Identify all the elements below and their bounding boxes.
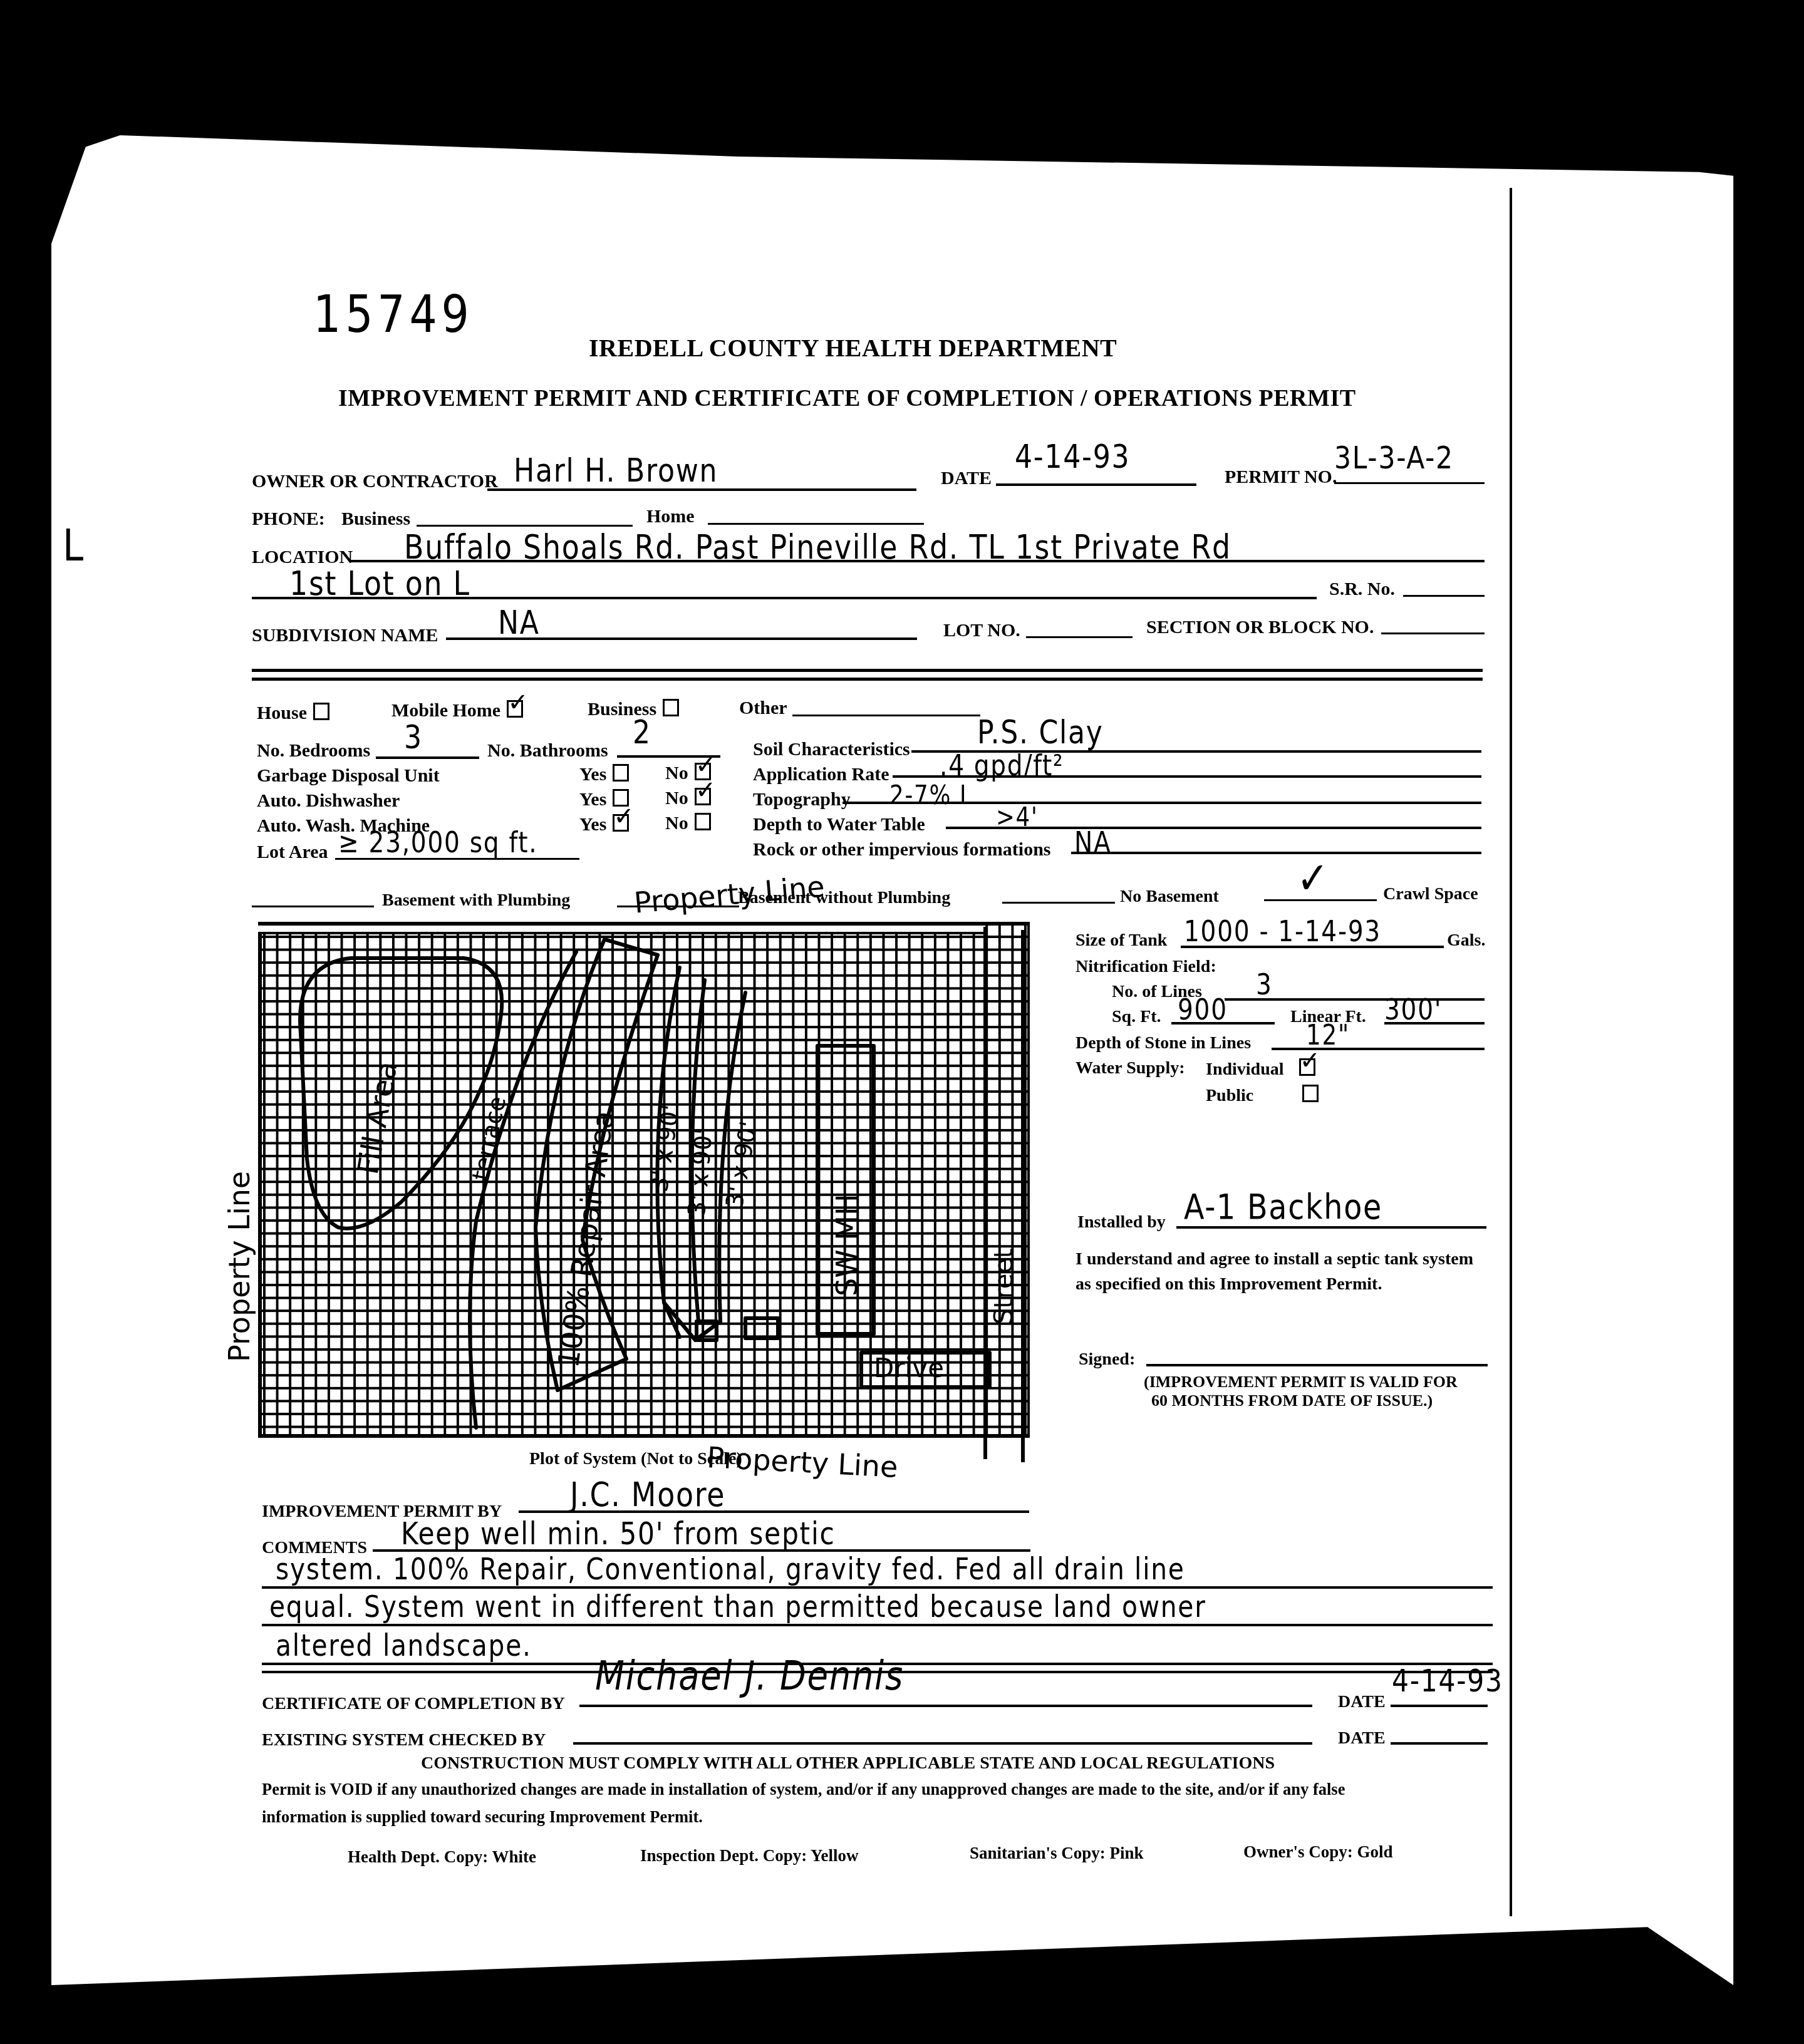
rock-field[interactable]: NA — [1074, 825, 1111, 859]
type-other-field[interactable] — [792, 715, 980, 716]
right-margin-rule — [1510, 188, 1512, 1916]
permit-no-field[interactable]: 3L-3-A-2 — [1334, 440, 1454, 476]
installer-agreement-line-2: as specified on this Improvement Permit. — [1076, 1274, 1382, 1294]
type-other-label: Other — [739, 698, 787, 719]
type-mobile-home[interactable]: Mobile Home — [391, 700, 523, 721]
water-table-label: Depth to Water Table — [753, 814, 925, 835]
installed-by-field[interactable]: A-1 Backhoe — [1184, 1187, 1382, 1227]
phone-home-label: Home — [646, 506, 695, 527]
rock-line — [1071, 852, 1481, 854]
date-field-line — [996, 483, 1196, 486]
certificate-line — [579, 1705, 1312, 1707]
basement-plumbing-label: Basement with Plumbing — [382, 890, 570, 911]
water-public[interactable]: Public — [1206, 1085, 1319, 1106]
lot-area-label: Lot Area — [257, 842, 328, 863]
stone-depth-label: Depth of Stone in Lines — [1076, 1033, 1251, 1053]
compliance-notice: CONSTRUCTION MUST COMPLY WITH ALL OTHER … — [421, 1753, 1275, 1773]
installed-by-label: Installed by — [1077, 1212, 1166, 1232]
date-label: DATE — [941, 468, 992, 489]
section-divider-2 — [252, 678, 1483, 681]
tank-size-label: Size of Tank — [1076, 931, 1167, 951]
plot-caption: Plot of System (Not to Scale) — [529, 1449, 742, 1469]
section-field[interactable] — [1381, 632, 1485, 634]
type-mobile-home-label: Mobile Home — [391, 700, 500, 721]
type-business-checkbox[interactable] — [663, 699, 679, 716]
water-individual[interactable]: Individual — [1206, 1058, 1315, 1080]
existing-date-field[interactable] — [1391, 1742, 1488, 1745]
plot-label-mobile-home: SW MH — [830, 1194, 864, 1296]
type-house-label: House — [257, 703, 307, 723]
validity-line-2: 60 MONTHS FROM DATE OF ISSUE.) — [1151, 1391, 1433, 1410]
copy-health-dept: Health Dept. Copy: White — [348, 1847, 536, 1867]
page-edge-rule — [1744, 56, 1746, 1923]
existing-date-label: DATE — [1338, 1728, 1386, 1748]
signed-field[interactable] — [1146, 1364, 1488, 1366]
soil-label: Soil Characteristics — [753, 739, 910, 760]
existing-system-label: EXISTING SYSTEM CHECKED BY — [262, 1730, 546, 1750]
topography-label: Topography — [753, 789, 851, 810]
appliance-washer-no[interactable]: No — [665, 813, 711, 834]
lot-area-field[interactable]: ≥ 23,000 sq ft. — [338, 825, 537, 859]
water-public-label: Public — [1206, 1086, 1253, 1105]
phone-home-field[interactable] — [708, 523, 924, 525]
phone-business-field[interactable] — [417, 525, 633, 527]
type-mobile-home-checkbox[interactable] — [507, 700, 523, 718]
rock-label: Rock or other impervious formations — [753, 839, 1051, 860]
comments-text-3[interactable]: equal. System went in different than per… — [269, 1589, 1206, 1624]
street-line-right — [1021, 930, 1025, 1462]
subdivision-label: SUBDIVISION NAME — [252, 625, 438, 646]
yes-label: Yes — [579, 789, 606, 810]
water-individual-checkbox[interactable] — [1299, 1058, 1315, 1076]
app-rate-field[interactable]: .4 gpd/ft² — [940, 748, 1064, 782]
appliance-garbage-label: Garbage Disposal Unit — [257, 765, 440, 787]
no-label: No — [665, 788, 688, 808]
crawl-space-check: ✓ — [1297, 852, 1330, 904]
plot-label-property-line-left: Property Line — [222, 1171, 256, 1362]
type-house[interactable]: House — [257, 703, 329, 724]
sqft-label: Sq. Ft. — [1112, 1007, 1161, 1027]
water-table-field[interactable]: >4' — [996, 802, 1039, 832]
garbage-yes-checkbox[interactable] — [613, 764, 629, 782]
signed-label: Signed: — [1079, 1350, 1135, 1370]
yes-label: Yes — [579, 814, 606, 835]
tank-size-field[interactable]: 1000 - 1-14-93 — [1184, 914, 1381, 948]
certificate-date-field[interactable]: 4-14-93 — [1392, 1663, 1503, 1699]
lot-no-label: LOT NO. — [943, 620, 1020, 641]
phone-business-label: Business — [341, 508, 410, 530]
margin-mark: L — [63, 520, 85, 571]
date-field[interactable]: 4-14-93 — [1015, 438, 1130, 476]
location-field-line1[interactable]: Buffalo Shoals Rd. Past Pineville Rd. TL… — [404, 527, 1231, 567]
copy-sanitarian: Sanitarian's Copy: Pink — [970, 1844, 1144, 1863]
linear-ft-field[interactable]: 300' — [1384, 993, 1442, 1026]
sr-no-field[interactable] — [1403, 595, 1485, 597]
topography-field[interactable]: 2-7% L — [889, 780, 973, 810]
appliance-dishwasher-label: Auto. Dishwasher — [257, 790, 400, 812]
copy-inspection-dept: Inspection Dept. Copy: Yellow — [640, 1846, 859, 1866]
washer-no-checkbox[interactable] — [695, 813, 711, 830]
certificate-label: CERTIFICATE OF COMPLETION BY — [262, 1694, 565, 1714]
validity-line-1: (IMPROVEMENT PERMIT IS VALID FOR — [1144, 1373, 1458, 1391]
appliance-dishwasher-no[interactable]: No — [665, 788, 711, 809]
type-house-checkbox[interactable] — [313, 703, 329, 720]
installer-agreement-line-1: I understand and agree to install a sept… — [1076, 1249, 1473, 1269]
tank-size-unit: Gals. — [1447, 931, 1485, 951]
plot-label-drive: Drive — [874, 1353, 944, 1383]
no-basement-field[interactable] — [1002, 902, 1115, 904]
no-label: No — [665, 763, 688, 783]
agency-title: IREDELL COUNTY HEALTH DEPARTMENT — [589, 333, 1117, 363]
void-notice-line-1: Permit is VOID if any unauthorized chang… — [262, 1780, 1345, 1799]
bedrooms-field[interactable]: 3 — [404, 719, 423, 756]
crawl-space-label: Crawl Space — [1383, 884, 1478, 904]
appliance-garbage-yes[interactable]: Yes — [579, 764, 629, 785]
comments-text-2[interactable]: system. 100% Repair, Conventional, gravi… — [276, 1552, 1185, 1587]
copy-owner: Owner's Copy: Gold — [1243, 1842, 1393, 1862]
comments-text-4[interactable]: altered landscape. — [276, 1628, 532, 1663]
section-divider-1 — [252, 669, 1483, 672]
section-label: SECTION OR BLOCK NO. — [1146, 617, 1374, 638]
permit-no-label: PERMIT NO. — [1225, 467, 1337, 488]
certificate-date-line — [1391, 1705, 1488, 1707]
basement-plumbing-field[interactable] — [252, 906, 374, 907]
certificate-signature[interactable]: Michael J. Dennis — [595, 1653, 904, 1700]
owner-field[interactable]: Harl H. Brown — [514, 452, 718, 490]
certificate-date-label: DATE — [1338, 1692, 1386, 1712]
nitrification-label: Nitrification Field: — [1076, 957, 1216, 977]
bedrooms-line — [376, 756, 479, 759]
plot-grid-top-band — [258, 922, 985, 934]
subdivision-field[interactable]: NA — [498, 604, 540, 642]
owner-label: OWNER OR CONTRACTOR — [252, 471, 498, 492]
bathrooms-field[interactable]: 2 — [633, 714, 651, 751]
washer-yes-checkbox[interactable] — [613, 814, 629, 832]
street-line-left — [983, 927, 987, 1459]
yes-label: Yes — [579, 764, 606, 785]
phone-label: PHONE: — [252, 508, 325, 530]
file-number: 15749 — [313, 285, 474, 344]
void-notice-line-2: information is supplied toward securing … — [262, 1807, 703, 1827]
lines-field[interactable]: 3 — [1256, 968, 1273, 1001]
no-basement-label: No Basement — [1120, 887, 1219, 907]
comments-text-1[interactable]: Keep well min. 50' from septic — [401, 1515, 836, 1552]
soil-field[interactable]: P.S. Clay — [977, 714, 1104, 751]
location-field-line2[interactable]: 1st Lot on L — [289, 564, 470, 603]
appliance-washer-yes[interactable]: Yes — [579, 814, 629, 835]
bathrooms-label: No. Bathrooms — [487, 740, 608, 761]
water-supply-label: Water Supply: — [1076, 1058, 1185, 1078]
dishwasher-no-checkbox[interactable] — [695, 788, 711, 805]
plot-label-street: Street — [990, 1248, 1019, 1324]
water-public-checkbox[interactable] — [1302, 1085, 1319, 1102]
water-individual-label: Individual — [1206, 1060, 1284, 1079]
sr-no-label: S.R. No. — [1329, 579, 1395, 600]
sqft-field[interactable]: 900 — [1178, 993, 1228, 1026]
lot-no-field[interactable] — [1026, 636, 1133, 638]
app-rate-label: Application Rate — [753, 764, 889, 785]
no-label: No — [665, 813, 688, 834]
bedrooms-label: No. Bedrooms — [257, 740, 370, 761]
permit-by-field[interactable]: J.C. Moore — [570, 1475, 725, 1514]
form-title: IMPROVEMENT PERMIT AND CERTIFICATE OF CO… — [338, 385, 1356, 412]
permit-no-line — [1334, 482, 1485, 484]
existing-system-field[interactable] — [573, 1742, 1312, 1745]
